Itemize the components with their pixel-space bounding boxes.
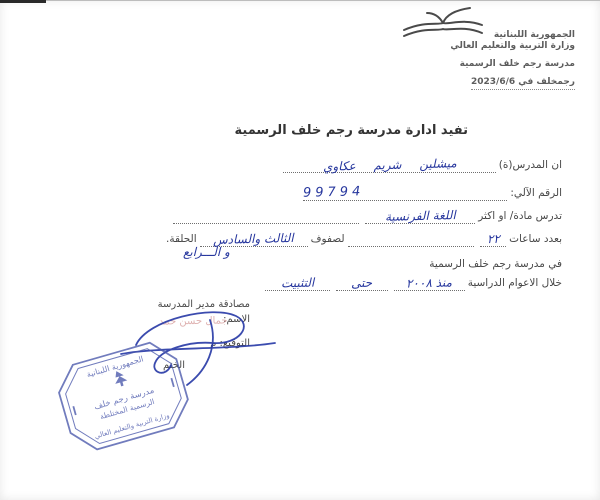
years-end-dotted: التثبيت [265, 277, 330, 291]
school-line: في مدرسة رجم خلف الرسمية [429, 257, 562, 272]
teacher-label: ان المدرس(ة) [499, 158, 562, 173]
auto-number-label: الرقم الآلي: [510, 186, 562, 201]
auto-number-line: الرقم الآلي: 99794 [300, 186, 562, 201]
school-seal-stamp: الجمهورية اللبنانية مدرسة رجم خلف الرسمي… [47, 332, 201, 465]
letterhead-school: مدرسة رجم خلف الرسمية [450, 59, 575, 70]
school-label: في مدرسة رجم خلف الرسمية [429, 257, 562, 272]
teacher-dotted-field: ميشلين شريم عكاوي [283, 159, 496, 173]
subject-label: تدرس مادة/ او اكثر [478, 209, 562, 224]
auto-number-handwriting: 99794 [303, 185, 365, 201]
subject-handwriting: اللغة الفرنسية [385, 208, 456, 224]
classes-label: لصفوف [311, 232, 345, 247]
scan-corner-artifact [0, 0, 46, 3]
cedar-icon [112, 369, 128, 388]
letterhead: الجمهورية اللبنانية وزارة التربية والتعل… [450, 30, 575, 90]
years-from-handwriting: منذ ٢٠٠٨ [406, 275, 452, 290]
teacher-line: ان المدرس(ة) ميشلين شريم عكاوي [280, 158, 562, 173]
years-line: خلال الاعوام الدراسية منذ ٢٠٠٨ حتى التثب… [262, 276, 562, 291]
teacher-name-handwriting: ميشلين شريم عكاوي [322, 156, 456, 173]
scan-edge-line [0, 0, 600, 1]
years-label: خلال الاعوام الدراسية [468, 276, 562, 291]
cycle-continuation-handwriting: و الـــرابع [183, 245, 230, 259]
subject-line: تدرس مادة/ او اكثر اللغة الفرنسية [170, 209, 562, 224]
years-from-dotted: منذ ٢٠٠٨ [394, 277, 465, 291]
years-until-dotted: حتى [336, 277, 388, 291]
letterhead-ministry: وزارة التربية والتعليم العالي [450, 41, 575, 52]
auto-number-dotted-field: 99794 [303, 187, 507, 201]
letterhead-country: الجمهورية اللبنانية [450, 30, 575, 41]
hours-dotted-field: ٢٢ [480, 233, 506, 247]
document-title: تفيد ادارة مدرسة رجم خلف الرسمية [235, 123, 468, 138]
years-end-handwriting: التثبيت [281, 276, 315, 291]
scanned-document-page: الجمهورية اللبنانية وزارة التربية والتعل… [0, 0, 600, 500]
subject-dotted-field: اللغة الفرنسية [365, 210, 475, 224]
letterhead-date: رجمخلف في 2023/6/6 [471, 77, 575, 90]
hours-label: بعدد ساعات [509, 232, 562, 247]
hours-trailing-dots [348, 233, 475, 247]
subject-trailing-dots [173, 210, 359, 224]
years-until-handwriting: حتى [351, 276, 372, 291]
hours-handwriting: ٢٢ [487, 232, 500, 246]
